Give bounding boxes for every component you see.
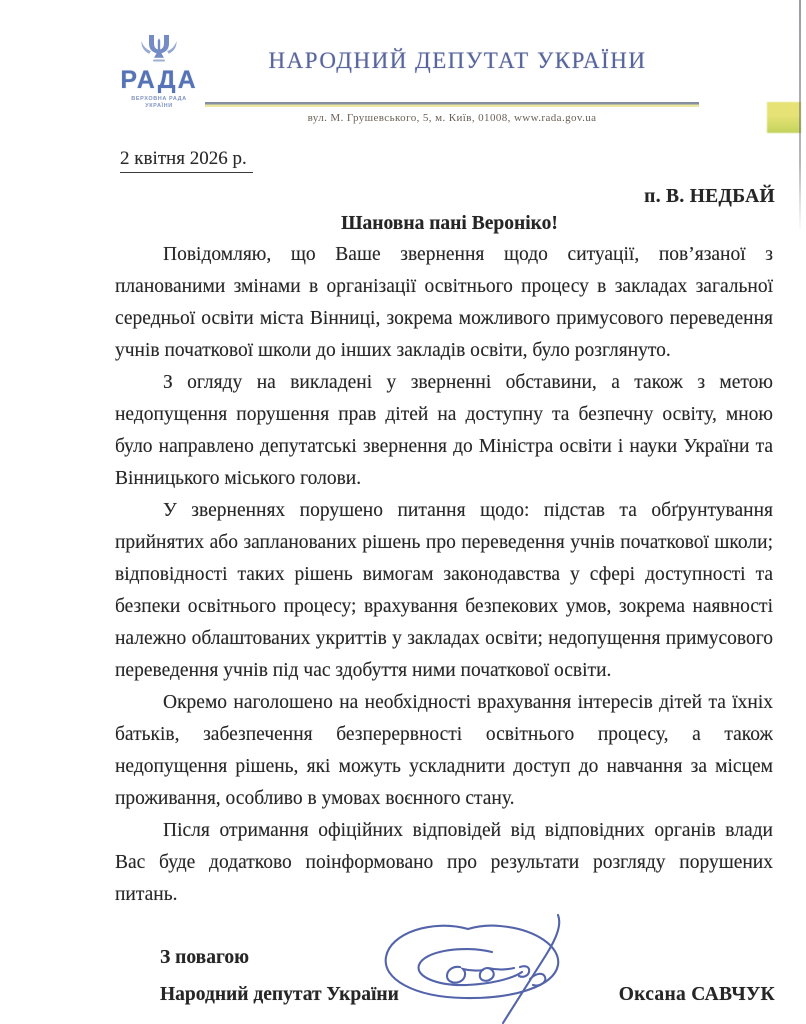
paragraph-5: Після отримання офіційних відповідей від… (115, 815, 773, 911)
rada-logo: РАДА ВЕРХОВНА РАДА УКРАЇНИ (104, 34, 214, 110)
paragraph-2: З огляду на викладені у зверненні обстав… (115, 367, 773, 495)
letter-addressee: п. В. НЕДБАЙ (400, 186, 775, 208)
letterhead-rule (205, 102, 699, 107)
closing-position: Народний депутат України (160, 984, 399, 1006)
letterhead-address: вул. М. Грушевського, 5, м. Київ, 01008,… (205, 112, 699, 124)
closing-signer-name: Оксана САВЧУК (619, 984, 775, 1006)
logo-subtitle: ВЕРХОВНА РАДА УКРАЇНИ (104, 96, 214, 110)
letter-body: Повідомляю, що Ваше звернення щодо ситуа… (115, 239, 773, 911)
letterhead-title: НАРОДНИЙ ДЕПУТАТ УКРАЇНИ (240, 48, 675, 74)
trident-icon (137, 34, 181, 66)
logo-subtitle-line2: УКРАЇНИ (104, 103, 214, 110)
letter-date: 2 квітня 2026 р. (120, 148, 253, 173)
yellow-green-patch (767, 102, 801, 133)
logo-acronym: РАДА (104, 67, 214, 93)
scanned-letter-page: РАДА ВЕРХОВНА РАДА УКРАЇНИ НАРОДНИЙ ДЕПУ… (0, 0, 806, 1024)
logo-subtitle-line1: ВЕРХОВНА РАДА (104, 96, 214, 103)
paragraph-3: У зверненнях порушено питання щодо: підс… (115, 495, 773, 687)
paragraph-1: Повідомляю, що Ваше звернення щодо ситуа… (115, 239, 773, 367)
paragraph-4: Окремо наголошено на необхідності врахув… (115, 687, 773, 815)
closing-regards: З повагою (160, 947, 249, 969)
scan-edge-line (799, 0, 801, 232)
letter-salutation: Шановна пані Вероніко! (125, 213, 774, 235)
handwritten-signature (372, 905, 602, 1024)
